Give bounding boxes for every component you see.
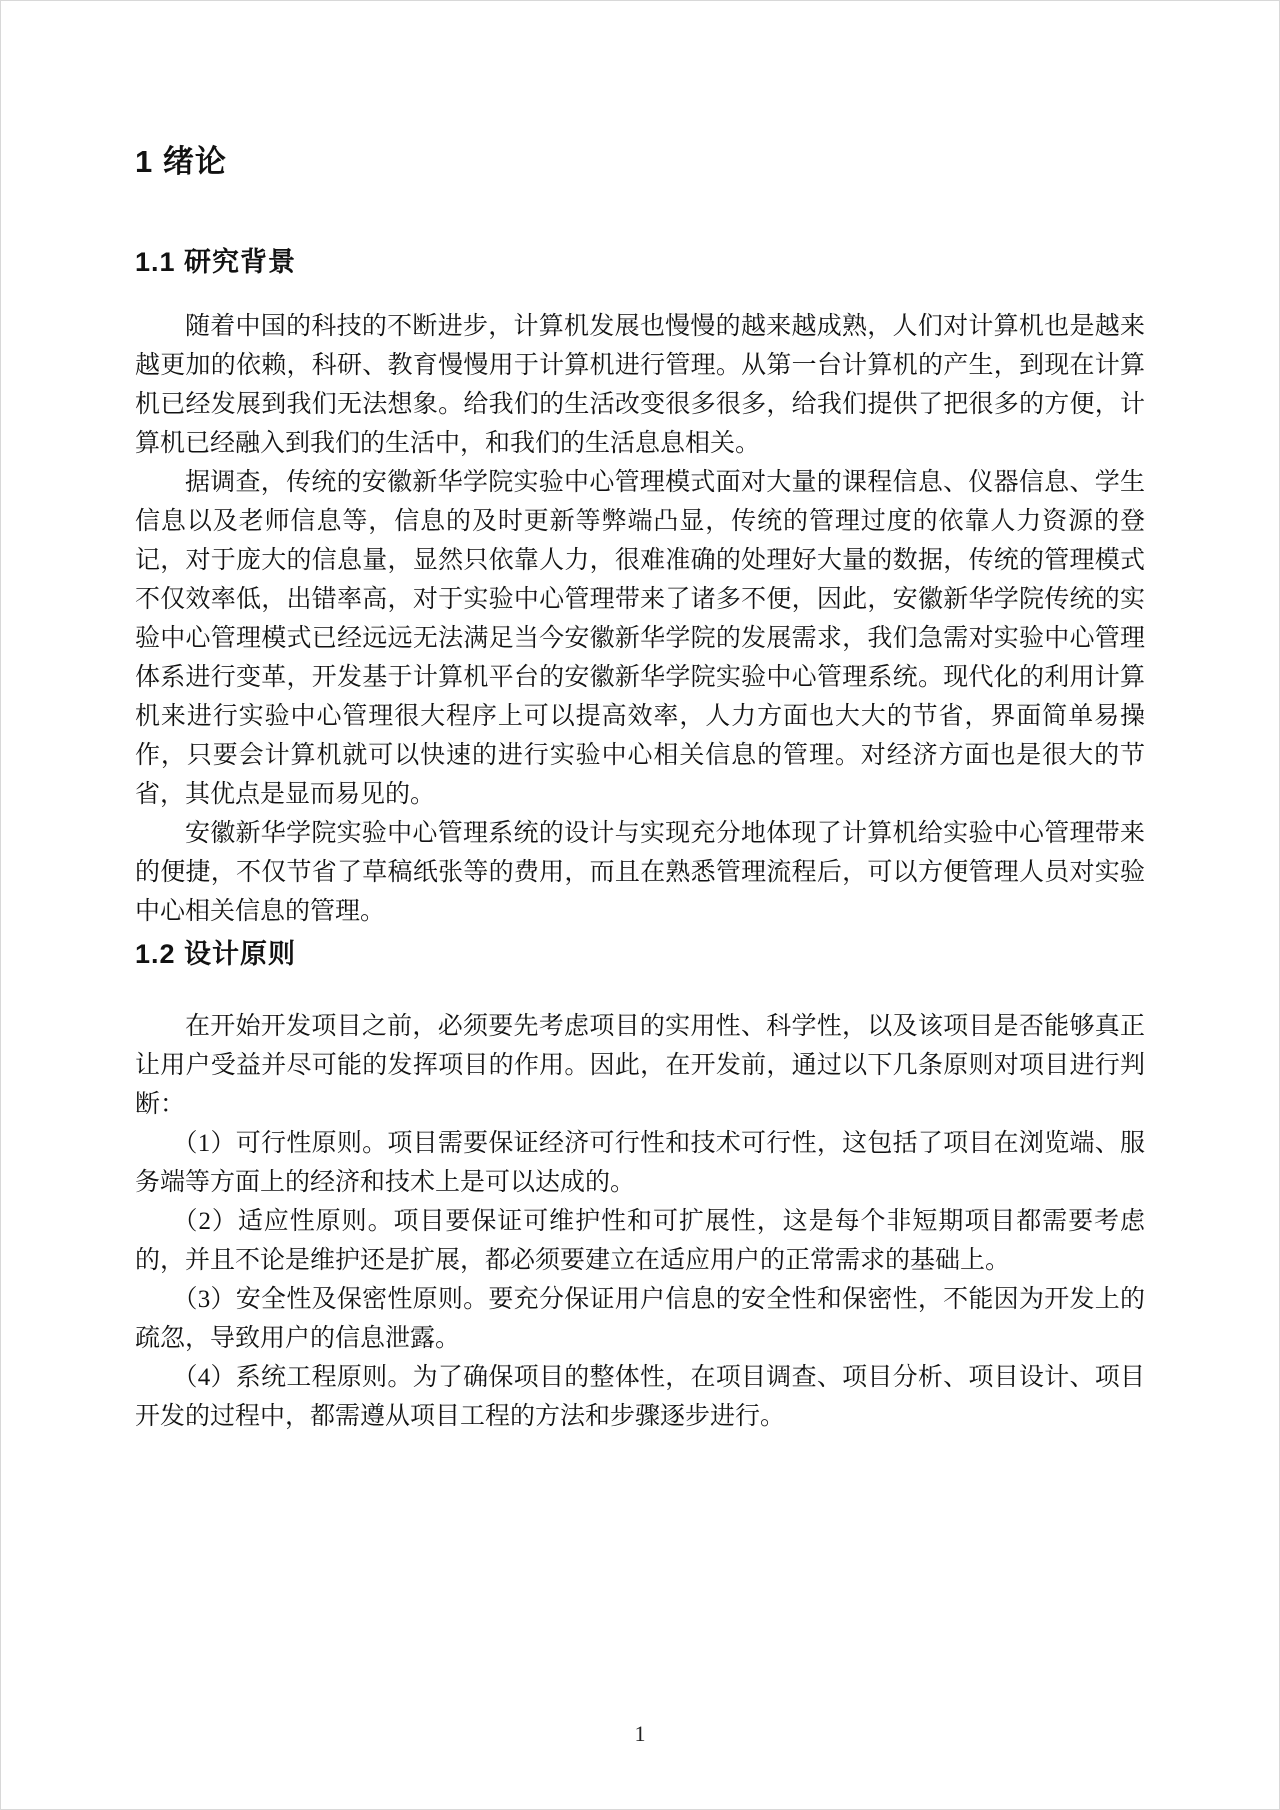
page-number: 1 [1,1721,1279,1747]
paragraph-principle-security: （3）安全性及保密性原则。要充分保证用户信息的安全性和保密性，不能因为开发上的疏… [135,1280,1145,1358]
section-heading-research-background: 1.1 研究背景 [135,243,1145,281]
paragraph-background-2: 据调查，传统的安徽新华学院实验中心管理模式面对大量的课程信息、仪器信息、学生信息… [135,463,1145,814]
paragraph-principle-adaptability: （2）适应性原则。项目要保证可维护性和可扩展性，这是每个非短期项目都需要考虑的，… [135,1202,1145,1280]
paragraph-principles-intro: 在开始开发项目之前，必须要先考虑项目的实用性、科学性，以及该项目是否能够真正让用… [135,1007,1145,1124]
section-heading-design-principles: 1.2 设计原则 [135,935,1145,973]
paragraph-background-3: 安徽新华学院实验中心管理系统的设计与实现充分地体现了计算机给实验中心管理带来的便… [135,814,1145,931]
chapter-heading: 1 绪论 [135,141,1145,183]
paragraph-principle-system-engineering: （4）系统工程原则。为了确保项目的整体性，在项目调查、项目分析、项目设计、项目开… [135,1358,1145,1436]
paragraph-principle-feasibility: （1）可行性原则。项目需要保证经济可行性和技术可行性，这包括了项目在浏览端、服务… [135,1124,1145,1202]
paragraph-background-1: 随着中国的科技的不断进步，计算机发展也慢慢的越来越成熟，人们对计算机也是越来越更… [135,307,1145,463]
document-page: 1 绪论 1.1 研究背景 随着中国的科技的不断进步，计算机发展也慢慢的越来越成… [0,0,1280,1810]
